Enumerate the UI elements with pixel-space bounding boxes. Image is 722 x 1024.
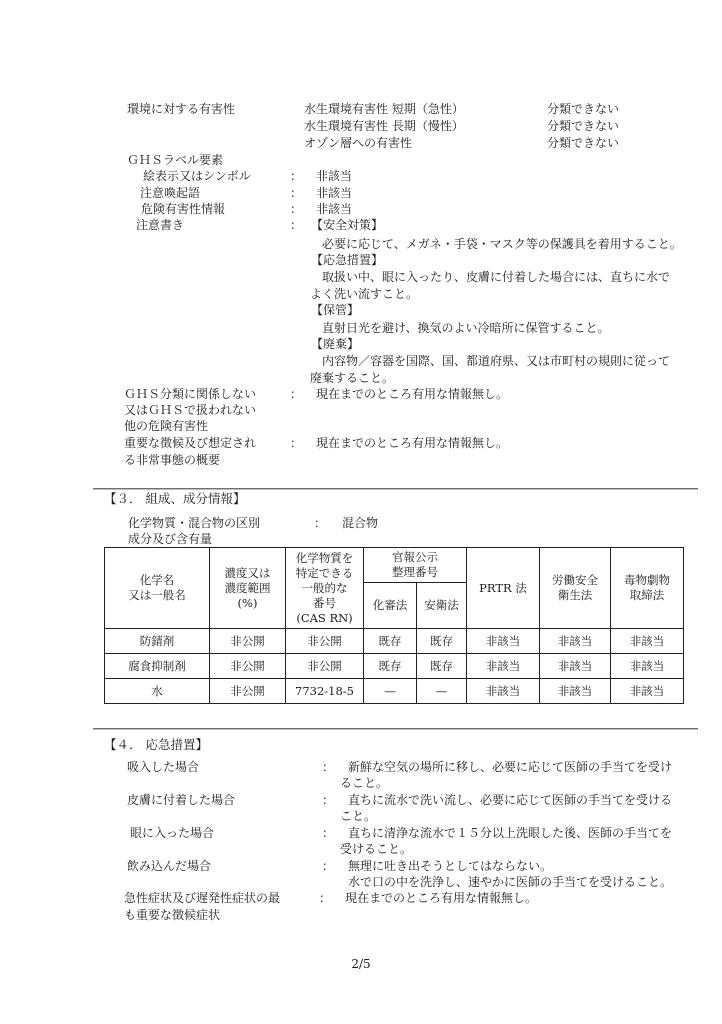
- inhalation-value-line1: 新鮮な空気の場所に移し、必要に応じて医師の手当てを受け: [348, 759, 672, 775]
- signal-word-colon: ：: [290, 185, 302, 201]
- pictogram-colon: ：: [290, 168, 302, 184]
- components-label: 成分及び含有量: [128, 531, 212, 547]
- table-row: 防錆剤 非公開 非公開 既存 既存 非該当 非該当 非該当: [105, 629, 684, 654]
- header-prtr: PRTR 法: [467, 548, 540, 629]
- cell-concentration: 非公開: [210, 679, 286, 704]
- cell-anei: 既存: [417, 629, 467, 654]
- aquatic-acute-label: 水生環境有害性 短期（急性）: [304, 101, 464, 117]
- signal-word-value: 非該当: [316, 185, 352, 201]
- header-concentration: 濃度又は濃度範囲(%): [210, 548, 286, 629]
- disposal-heading: 【廃棄】: [311, 336, 359, 352]
- disposal-text-line1: 内容物／容器を国際、国、都道府県、又は市町村の規則に従って: [322, 353, 670, 369]
- header-ishl: 労働安全衛生法: [540, 548, 611, 629]
- other-hazards-label-line2: 又はＧＨＳで扱われない: [124, 402, 256, 418]
- cell-poison: 非該当: [611, 679, 684, 704]
- symptoms-label-line2: も重要な徴候症状: [124, 907, 220, 923]
- storage-text: 直射日光を避け、換気のよい冷暗所に保管すること。: [322, 320, 610, 336]
- safety-text: 必要に応じて、メガネ・手袋・マスク等の保護具を着用すること。: [322, 236, 682, 252]
- environment-hazard-label: 環境に対する有害性: [127, 101, 235, 117]
- aquatic-acute-value: 分類できない: [547, 101, 619, 117]
- ghs-label-heading: ＧＨＳラベル要素: [127, 152, 223, 168]
- symptoms-value: 現在までのところ有用な情報無し。: [345, 890, 537, 906]
- section3-heading: 【３． 組成、成分情報】: [104, 491, 245, 507]
- skin-colon: ：: [322, 792, 334, 808]
- table-row: 腐食抑制剤 非公開 非公開 既存 既存 非該当 非該当 非該当: [105, 654, 684, 679]
- header-gazette-number: 官報公示整理番号: [364, 548, 467, 583]
- cell-name: 腐食抑制剤: [105, 654, 210, 679]
- eye-value-line1: 直ちに清浄な流水で１５分以上洗眼した後、医師の手当てを: [348, 825, 672, 841]
- ozone-label: オゾン層への有害性: [304, 135, 412, 151]
- ozone-value: 分類できない: [547, 135, 619, 151]
- header-kashin: 化審法: [364, 583, 417, 629]
- cell-kashin: 既存: [364, 654, 417, 679]
- section4-heading: 【４． 応急措置】: [104, 737, 208, 753]
- hazard-statement-label: 危険有害性情報: [141, 201, 225, 217]
- header-anei: 安衛法: [417, 583, 467, 629]
- substance-type-colon: ：: [314, 515, 326, 531]
- symptoms-colon: ：: [319, 890, 331, 906]
- cell-poison: 非該当: [611, 629, 684, 654]
- cell-kashin: —: [364, 679, 417, 704]
- pictogram-label: 絵表示又はシンボル: [143, 168, 251, 184]
- aquatic-chronic-value: 分類できない: [547, 118, 619, 134]
- cell-poison: 非該当: [611, 654, 684, 679]
- inhalation-colon: ：: [322, 759, 334, 775]
- disposal-text-line2: 廃棄すること。: [310, 370, 394, 386]
- skin-value-line2: こと。: [340, 808, 376, 824]
- substance-type-label: 化学物質・混合物の区別: [128, 515, 260, 531]
- cell-concentration: 非公開: [210, 654, 286, 679]
- response-text-line2: よく洗い流すこと。: [310, 286, 418, 302]
- pictogram-value: 非該当: [316, 168, 352, 184]
- header-cas-number: 化学物質を特定できる一般的な番号(CAS RN): [286, 548, 364, 629]
- symptoms-label-line1: 急性症状及び遅発性症状の最: [124, 890, 280, 906]
- skin-label: 皮膚に付着した場合: [127, 792, 235, 808]
- cell-cas: 非公開: [286, 629, 364, 654]
- signal-word-label: 注意喚起語: [140, 185, 200, 201]
- emergency-overview-label-line2: る非常事態の概要: [124, 452, 220, 468]
- other-hazards-value: 現在までのところ有用な情報無し。: [316, 386, 508, 402]
- emergency-overview-colon: ：: [290, 435, 302, 451]
- inhalation-value-line2: ること。: [340, 775, 388, 791]
- eye-label: 眼に入った場合: [130, 825, 214, 841]
- cell-ishl: 非該当: [540, 679, 611, 704]
- response-text-line1: 取扱い中、眼に入ったり、皮膚に付着した場合には、直ちに水で: [322, 269, 670, 285]
- cell-ishl: 非該当: [540, 654, 611, 679]
- header-poison-control: 毒物劇物取締法: [611, 548, 684, 629]
- cell-name: 防錆剤: [105, 629, 210, 654]
- cell-anei: 既存: [417, 654, 467, 679]
- section-divider: [93, 728, 698, 730]
- ingestion-value-line2: 水で口の中を洗浄し、速やかに医師の手当てを受けること。: [348, 874, 672, 890]
- cell-kashin: 既存: [364, 629, 417, 654]
- cell-prtr: 非該当: [467, 679, 540, 704]
- substance-type-value: 混合物: [342, 515, 378, 531]
- other-hazards-colon: ：: [290, 386, 302, 402]
- composition-table: 化学名又は一般名 濃度又は濃度範囲(%) 化学物質を特定できる一般的な番号(CA…: [104, 547, 684, 704]
- aquatic-chronic-label: 水生環境有害性 長期（慢性）: [304, 118, 464, 134]
- hazard-statement-colon: ：: [290, 201, 302, 217]
- skin-value-line1: 直ちに流水で洗い流し、必要に応じて医師の手当てを受ける: [348, 792, 672, 808]
- inhalation-label: 吸入した場合: [127, 759, 199, 775]
- header-chemical-name: 化学名又は一般名: [105, 548, 210, 629]
- cell-anei: —: [417, 679, 467, 704]
- other-hazards-label-line3: 他の危険有害性: [124, 418, 208, 434]
- cell-concentration: 非公開: [210, 629, 286, 654]
- precautionary-label: 注意書き: [136, 217, 184, 233]
- cell-prtr: 非該当: [467, 654, 540, 679]
- table-row: 水 非公開 7732-18-5 — — 非該当 非該当 非該当: [105, 679, 684, 704]
- eye-colon: ：: [322, 825, 334, 841]
- cell-cas: 非公開: [286, 654, 364, 679]
- cell-cas: 7732-18-5: [286, 679, 364, 704]
- other-hazards-label-line1: ＧＨＳ分類に関係しない: [124, 386, 256, 402]
- precautionary-colon: ：: [290, 217, 302, 233]
- emergency-overview-value: 現在までのところ有用な情報無し。: [316, 435, 508, 451]
- section-divider: [93, 488, 698, 490]
- response-heading: 【応急措置】: [311, 252, 383, 268]
- ingestion-label: 飲み込んだ場合: [127, 858, 211, 874]
- safety-heading: 【安全対策】: [311, 217, 383, 233]
- storage-heading: 【保管】: [311, 302, 359, 318]
- eye-value-line2: 受けること。: [340, 841, 412, 857]
- cell-name: 水: [105, 679, 210, 704]
- cell-ishl: 非該当: [540, 629, 611, 654]
- hazard-statement-value: 非該当: [316, 201, 352, 217]
- ingestion-value-line1: 無理に吐き出そうとしてはならない。: [348, 858, 552, 874]
- emergency-overview-label-line1: 重要な徴候及び想定され: [124, 435, 256, 451]
- ingestion-colon: ：: [322, 858, 334, 874]
- cell-prtr: 非該当: [467, 629, 540, 654]
- page-number: 2/5: [0, 957, 722, 971]
